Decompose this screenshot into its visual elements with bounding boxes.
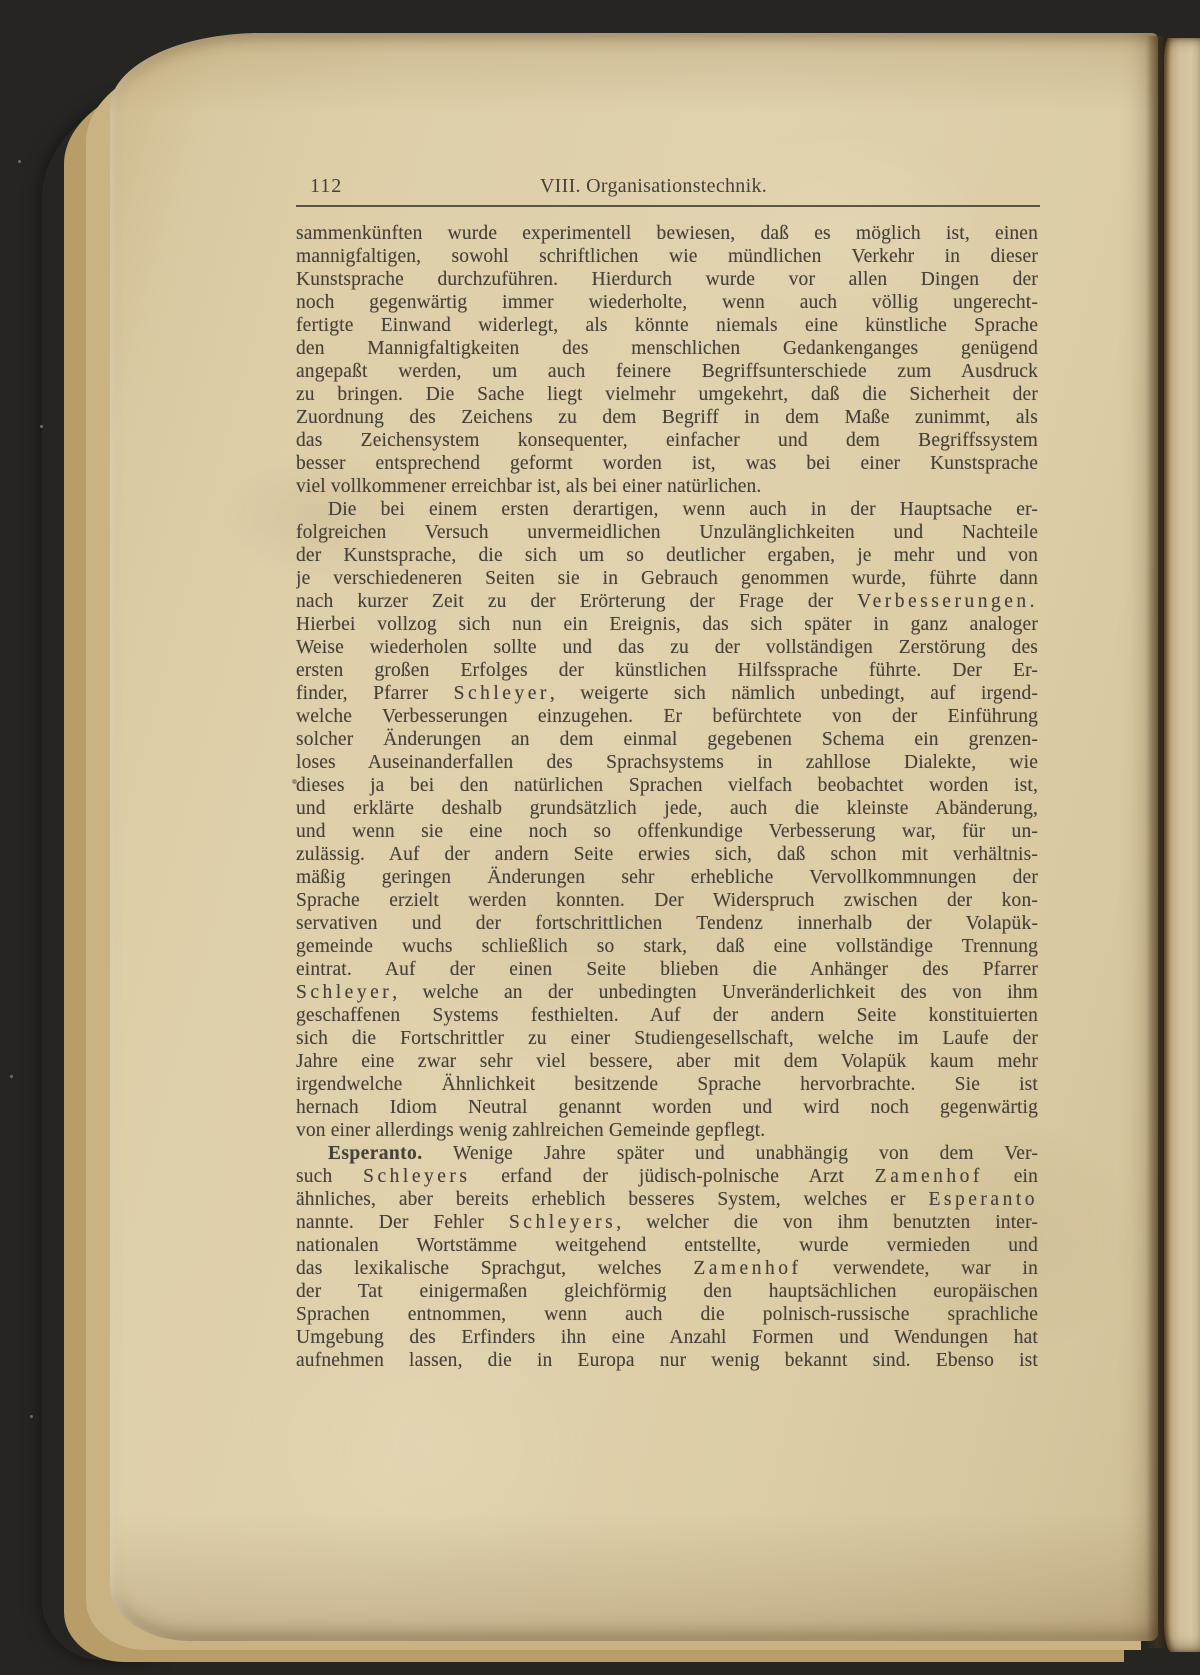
text-segment: zu bringen. Die Sache liegt vielmehr umg… — [296, 384, 1038, 405]
text-line: gemeinde wuchs schließlich so stark, daß… — [296, 935, 1038, 958]
ink-speck — [292, 779, 297, 784]
text-segment: erfand der jüdisch-polnische Arzt — [470, 1166, 874, 1187]
text-segment: nach kurzer Zeit zu der Erörterung der F… — [296, 591, 857, 612]
text-line: das Zeichensystem konsequenter, einfache… — [296, 429, 1038, 452]
text-segment: welche Verbesserungen einzugehen. Er bef… — [296, 706, 1038, 727]
bold-term: Esperanto. — [328, 1143, 422, 1164]
text-line: Schleyer, welche an der unbedingten Unve… — [296, 981, 1038, 1004]
text-segment: geschaffenen Systems festhielten. Auf de… — [296, 1005, 1038, 1026]
letterspaced-term: Schleyers — [363, 1166, 470, 1187]
text-line: der Tat einigermaßen gleichförmig den ha… — [296, 1280, 1038, 1303]
text-segment: je verschiedeneren Seiten sie in Gebrauc… — [296, 568, 1038, 589]
text-segment: servativen und der fortschrittlichen Ten… — [296, 913, 1038, 934]
text-line: besser entsprechend geformt worden ist, … — [296, 452, 1038, 475]
text-segment: der Kunstsprache, die sich um so deutlic… — [296, 545, 1038, 566]
text-segment: und wenn sie eine noch so offenkundige V… — [296, 821, 1038, 842]
text-segment: Umgebung des Erfinders ihn eine Anzahl F… — [296, 1327, 1038, 1348]
letterspaced-term: Zamenhof — [875, 1166, 983, 1187]
text-segment: solcher Änderungen an dem einmal gegeben… — [296, 729, 1038, 750]
text-segment: und erklärte deshalb grundsätzlich jede,… — [296, 798, 1038, 819]
text-segment: irgendwelche Ähnlichkeit besitzende Spra… — [296, 1074, 1038, 1095]
text-line: Jahre eine zwar sehr viel bessere, aber … — [296, 1050, 1038, 1073]
text-segment: , welcher die von ihm benutzten inter- — [616, 1212, 1038, 1233]
gutter-shadow — [1146, 36, 1166, 1648]
text-segment: den Mannigfaltigkeiten des menschlichen … — [296, 338, 1038, 359]
text-line: aufnehmen lassen, die in Europa nur weni… — [296, 1349, 1038, 1372]
text-segment: , welche an der unbedingten Unveränderli… — [392, 982, 1038, 1003]
text-segment: hernach Idiom Neutral genannt worden und… — [296, 1097, 1038, 1118]
text-line: folgreichen Versuch unvermeidlichen Unzu… — [296, 521, 1038, 544]
dust-speck — [18, 160, 21, 163]
text-segment: verwendete, war in — [801, 1258, 1038, 1279]
letterspaced-term: Schleyer — [296, 982, 392, 1003]
scanned-book-photo: 112 VIII. Organisationstechnik. sammenkü… — [0, 0, 1200, 1675]
text-segment: Sprachen entnommen, wenn auch die polnis… — [296, 1304, 1038, 1325]
text-segment: ein — [983, 1166, 1038, 1187]
text-line: mäßig geringen Änderungen sehr erheblich… — [296, 866, 1038, 889]
text-segment: zulässig. Auf der andern Seite erwies si… — [296, 844, 1038, 865]
text-segment: finder, Pfarrer — [296, 683, 454, 704]
text-line: und wenn sie eine noch so offenkundige V… — [296, 820, 1038, 843]
text-line: zu bringen. Die Sache liegt vielmehr umg… — [296, 383, 1038, 406]
text-line: Sprache erzielt werden konnten. Der Wide… — [296, 889, 1038, 912]
text-line: ersten großen Erfolges der künstlichen H… — [296, 659, 1038, 682]
text-line: das lexikalische Sprachgut, welches Zame… — [296, 1257, 1038, 1280]
text-line: der Kunstsprache, die sich um so deutlic… — [296, 544, 1038, 567]
dust-speck — [10, 1075, 13, 1078]
letterspaced-term: Schleyer — [454, 683, 550, 704]
text-line: dieses ja bei den natürlichen Sprachen v… — [296, 774, 1038, 797]
dust-speck — [30, 1415, 33, 1418]
text-line: je verschiedeneren Seiten sie in Gebrauc… — [296, 567, 1038, 590]
text-line: Esperanto. Wenige Jahre später und unabh… — [296, 1142, 1038, 1165]
text-line: Kunstsprache durchzuführen. Hierdurch wu… — [296, 268, 1038, 291]
text-segment: das lexikalische Sprachgut, welches — [296, 1258, 693, 1279]
text-line: Umgebung des Erfinders ihn eine Anzahl F… — [296, 1326, 1038, 1349]
text-segment: ersten großen Erfolges der künstlichen H… — [296, 660, 1038, 681]
text-line: und erklärte deshalb grundsätzlich jede,… — [296, 797, 1038, 820]
text-line: nach kurzer Zeit zu der Erörterung der F… — [296, 590, 1038, 613]
letterspaced-term: Zamenhof — [693, 1258, 801, 1279]
text-line: finder, Pfarrer Schleyer, weigerte sich … — [296, 682, 1038, 705]
text-line: welche Verbesserungen einzugehen. Er bef… — [296, 705, 1038, 728]
text-line: Sprachen entnommen, wenn auch die polnis… — [296, 1303, 1038, 1326]
text-line: sammenkünften wurde experimentell bewies… — [296, 222, 1038, 245]
text-line: hernach Idiom Neutral genannt worden und… — [296, 1096, 1038, 1119]
text-line: viel vollkommener erreichbar ist, als be… — [296, 475, 1038, 498]
text-segment: ähnliches, aber bereits erheblich besser… — [296, 1189, 929, 1210]
text-line: ähnliches, aber bereits erheblich besser… — [296, 1188, 1038, 1211]
text-segment: nationalen Wortstämme weitgehend entstel… — [296, 1235, 1038, 1256]
text-segment: gemeinde wuchs schließlich so stark, daß… — [296, 936, 1038, 957]
text-segment: noch gegenwärtig immer wiederholte, wenn… — [296, 292, 1038, 313]
letterspaced-term: Schleyers — [509, 1212, 616, 1233]
text-segment: Sprache erzielt werden konnten. Der Wide… — [296, 890, 1038, 911]
text-line: such Schleyers erfand der jüdisch-polnis… — [296, 1165, 1038, 1188]
text-segment: das Zeichensystem konsequenter, einfache… — [296, 430, 1038, 451]
text-segment: mannigfaltigen, sowohl schriftlichen wie… — [296, 246, 1038, 267]
text-line: Zuordnung des Zeichens zu dem Begriff in… — [296, 406, 1038, 429]
text-segment: Kunstsprache durchzuführen. Hierdurch wu… — [296, 269, 1038, 290]
book-page: 112 VIII. Organisationstechnik. sammenkü… — [110, 33, 1158, 1641]
header-rule — [296, 205, 1040, 207]
text-line: von einer allerdings wenig zahlreichen G… — [296, 1119, 1038, 1142]
text-segment: angepaßt werden, um auch feinere Begriff… — [296, 361, 1038, 382]
text-segment: viel vollkommener erreichbar ist, als be… — [296, 476, 761, 497]
text-segment: Zuordnung des Zeichens zu dem Begriff in… — [296, 407, 1038, 428]
text-line: nationalen Wortstämme weitgehend entstel… — [296, 1234, 1038, 1257]
adjacent-page-edge — [1164, 38, 1200, 1652]
text-segment: mäßig geringen Änderungen sehr erheblich… — [296, 867, 1038, 888]
body-text: sammenkünften wurde experimentell bewies… — [296, 222, 1038, 1372]
text-line: mannigfaltigen, sowohl schriftlichen wie… — [296, 245, 1038, 268]
text-segment: aufnehmen lassen, die in Europa nur weni… — [296, 1350, 1038, 1371]
text-segment: such — [296, 1166, 363, 1187]
text-line: solcher Änderungen an dem einmal gegeben… — [296, 728, 1038, 751]
text-segment: eintrat. Auf der einen Seite blieben die… — [296, 959, 1038, 980]
text-segment: Hierbei vollzog sich nun ein Ereignis, d… — [296, 614, 1038, 635]
page-header: 112 VIII. Organisationstechnik. — [296, 175, 1039, 201]
text-line: noch gegenwärtig immer wiederholte, wenn… — [296, 291, 1038, 314]
text-line: geschaffenen Systems festhielten. Auf de… — [296, 1004, 1038, 1027]
text-line: Die bei einem ersten derartigen, wenn au… — [296, 498, 1038, 521]
text-segment: folgreichen Versuch unvermeidlichen Unzu… — [296, 522, 1038, 543]
text-line: servativen und der fortschrittlichen Ten… — [296, 912, 1038, 935]
text-line: zulässig. Auf der andern Seite erwies si… — [296, 843, 1038, 866]
text-segment: loses Auseinanderfallen des Sprachsystem… — [296, 752, 1038, 773]
letterspaced-term: Verbesserungen. — [857, 591, 1038, 612]
text-line: loses Auseinanderfallen des Sprachsystem… — [296, 751, 1038, 774]
text-line: sich die Fortschrittler zu einer Studien… — [296, 1027, 1038, 1050]
text-segment: Wenige Jahre später und unabhängig von d… — [422, 1143, 1038, 1164]
running-header: VIII. Organisationstechnik. — [296, 175, 1011, 198]
text-segment: von einer allerdings wenig zahlreichen G… — [296, 1120, 765, 1141]
letterspaced-term: Esperanto — [929, 1189, 1038, 1210]
text-segment: Jahre eine zwar sehr viel bessere, aber … — [296, 1051, 1038, 1072]
text-line: nannte. Der Fehler Schleyers, welcher di… — [296, 1211, 1038, 1234]
text-segment: sich die Fortschrittler zu einer Studien… — [296, 1028, 1038, 1049]
text-segment: dieses ja bei den natürlichen Sprachen v… — [296, 775, 1038, 796]
text-segment: fertigte Einwand widerlegt, als könnte n… — [296, 315, 1038, 336]
text-line: fertigte Einwand widerlegt, als könnte n… — [296, 314, 1038, 337]
text-segment: besser entsprechend geformt worden ist, … — [296, 453, 1038, 474]
text-segment: sammenkünften wurde experimentell bewies… — [296, 223, 1038, 244]
dust-speck — [40, 425, 43, 428]
text-segment: Die bei einem ersten derartigen, wenn au… — [328, 499, 1038, 520]
text-segment: der Tat einigermaßen gleichförmig den ha… — [296, 1281, 1038, 1302]
text-segment: Weise wiederholen sollte und das zu der … — [296, 637, 1038, 658]
text-line: eintrat. Auf der einen Seite blieben die… — [296, 958, 1038, 981]
text-line: angepaßt werden, um auch feinere Begriff… — [296, 360, 1038, 383]
text-line: irgendwelche Ähnlichkeit besitzende Spra… — [296, 1073, 1038, 1096]
text-line: den Mannigfaltigkeiten des menschlichen … — [296, 337, 1038, 360]
text-segment: , weigerte sich nämlich unbedingt, auf i… — [550, 683, 1038, 704]
text-line: Weise wiederholen sollte und das zu der … — [296, 636, 1038, 659]
text-segment: nannte. Der Fehler — [296, 1212, 509, 1233]
text-line: Hierbei vollzog sich nun ein Ereignis, d… — [296, 613, 1038, 636]
